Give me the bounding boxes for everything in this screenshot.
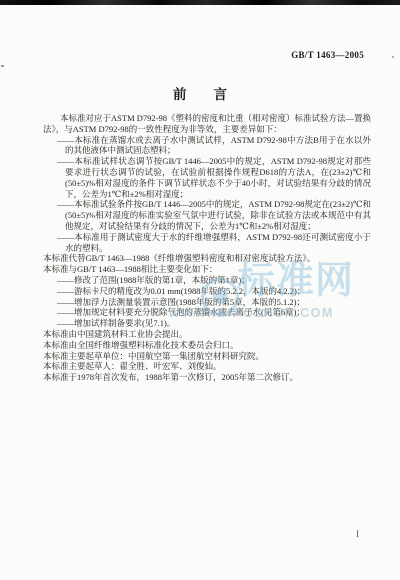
foreword-list-item: ——修改了范围(1988年版的第1章，本版的第1章)； [43, 275, 371, 286]
standard-code: GB/T 1463—2005 [291, 50, 364, 60]
foreword-paragraph: 本标准由中国建筑材料工业协会提出。 [43, 329, 371, 340]
foreword-list-item: ——本标准试验条件按GB/T 1446—2005中的规定，ASTM D792-9… [43, 199, 371, 231]
foreword-list-item: ——增加试样制备要求(见7.1)。 [43, 318, 371, 329]
foreword-paragraph: 本标准由全国纤维增强塑料标准化技术委员会归口。 [43, 340, 371, 351]
document-page: GB/T 1463—2005 前 言 本标准对应于ASTM D792-98《塑料… [0, 0, 400, 580]
foreword-paragraph: 本标准于1978年首次发布，1988年第一次修订，2005年第二次修订。 [43, 372, 371, 383]
page-title: 前 言 [0, 83, 400, 103]
foreword-paragraph: 本标准代替GB/T 1463—1988《纤维增强塑料密度和相对密度试验方法》。 [43, 253, 371, 264]
foreword-list-item: ——游标卡尺的精度改为0.01 mm(1988年版的5.2.2，本版的4.2.2… [43, 286, 371, 297]
scan-speck [1, 65, 4, 67]
page-number: I [356, 529, 359, 539]
foreword-list-item: ——本标准用于测试密度大于水的纤维增强塑料，ASTM D792-98还可测试密度… [43, 232, 371, 254]
foreword-paragraph: 本标准主要起草人：翟全胜、叶宏军、刘俊仙。 [43, 361, 371, 372]
foreword-list-item: ——本标准在蒸馏水或去离子水中测试试样，ASTM D792-98中方法B用于在水… [43, 135, 371, 157]
scan-edge-artifact [0, 0, 400, 5]
scan-speck [392, 56, 394, 58]
foreword-body: 本标准对应于ASTM D792-98《塑料的密度和比重（相对密度）标准试验方法—… [43, 113, 371, 383]
foreword-list-item: ——增加浮力法测量装置示意图(1988年版的第5章，本版的5.1.2)； [43, 297, 371, 308]
foreword-paragraph: 本标准对应于ASTM D792-98《塑料的密度和比重（相对密度）标准试验方法—… [43, 113, 371, 135]
foreword-list-item: ——本标准试样状态调节按GB/T 1446—2005中的规定，ASTM D792… [43, 156, 371, 199]
foreword-paragraph: 本标准与GB/T 1463—1988相比主要变化如下： [43, 264, 371, 275]
foreword-list-item: ——增加规定材料要充分脱除气泡的蒸馏水或去离子水(见第6章)； [43, 307, 371, 318]
foreword-paragraph: 本标准主要起草单位：中国航空第一集团航空材料研究院。 [43, 351, 371, 362]
